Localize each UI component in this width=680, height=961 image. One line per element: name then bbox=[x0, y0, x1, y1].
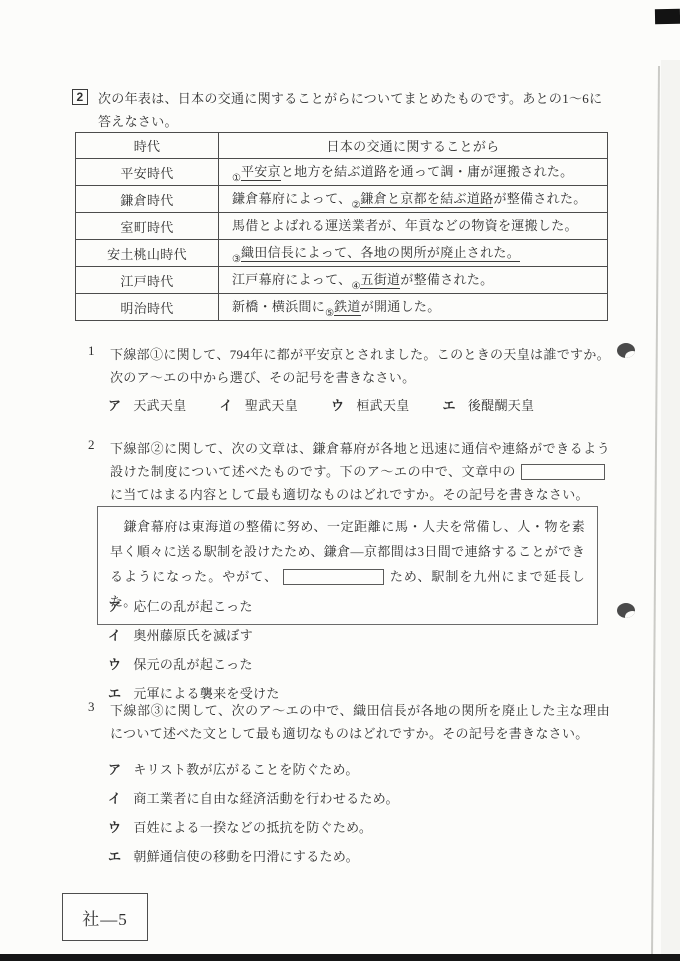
option-a: ア応仁の乱が起こった bbox=[108, 597, 280, 617]
row-text-pre: 馬借とよばれる運送業者が、年貢などの物資を運搬した。 bbox=[232, 218, 578, 233]
option-letter: ア bbox=[108, 398, 121, 413]
page-label-box: 社―5 bbox=[62, 893, 148, 941]
option-label: 奥州藤原氏を滅ぼす bbox=[133, 628, 253, 643]
row-text-post: が整備された。 bbox=[493, 191, 586, 206]
row-text-post: と地方を結ぶ道路を通って調・庸が運搬された。 bbox=[281, 164, 574, 179]
question-text: 下線部②に関して、次の文章は、鎌倉幕府が各地と迅速に通信や連絡ができるよう設けた… bbox=[110, 437, 610, 506]
option-letter: イ bbox=[220, 398, 233, 413]
option-label: 保元の乱が起こった bbox=[133, 657, 252, 672]
page-label: 社―5 bbox=[82, 905, 128, 930]
option-label: キリスト教が広がることを防ぐため。 bbox=[133, 762, 358, 777]
option-label: 桓武天皇 bbox=[356, 398, 409, 413]
option-label: 聖武天皇 bbox=[245, 398, 298, 413]
era-cell: 江戸時代 bbox=[76, 267, 219, 294]
era-table: 時代 日本の交通に関することがら 平安時代 ①平安京と地方を結ぶ道路を通って調・… bbox=[75, 132, 608, 321]
option-i: イ商工業者に自由な経済活動を行わせるため。 bbox=[108, 789, 399, 809]
passage-blank-box bbox=[283, 569, 384, 585]
exam-page: 2 次の年表は、日本の交通に関することがらについてまとめたものです。あとの1～6… bbox=[0, 0, 680, 961]
question-2: 2 下線部②に関して、次の文章は、鎌倉幕府が各地と迅速に通信や連絡ができるよう設… bbox=[88, 437, 620, 506]
option-u: ウ桓武天皇 bbox=[331, 395, 410, 414]
scan-hole-shadow bbox=[617, 343, 635, 358]
option-u: ウ百姓による一揆などの抵抗を防ぐため。 bbox=[108, 818, 399, 838]
option-a: アキリスト教が広がることを防ぐため。 bbox=[108, 760, 399, 780]
section-header: 2 次の年表は、日本の交通に関することがらについてまとめたものです。あとの1～6… bbox=[72, 87, 612, 133]
option-u: ウ保元の乱が起こった bbox=[108, 655, 280, 675]
question-number: 3 bbox=[88, 699, 110, 745]
option-letter: ウ bbox=[108, 657, 121, 672]
circled-number: ③ bbox=[232, 254, 241, 265]
option-label: 百姓による一揆などの抵抗を防ぐため。 bbox=[133, 820, 372, 835]
content-cell: ③織田信長によって、各地の関所が廃止された。 bbox=[219, 240, 608, 267]
option-letter: イ bbox=[108, 791, 121, 806]
row-text-pre: 江戸幕府によって、 bbox=[232, 272, 351, 287]
option-i: イ聖武天皇 bbox=[220, 395, 299, 414]
option-i: イ奥州藤原氏を滅ぼす bbox=[108, 626, 280, 646]
question-text-after-blank: に当てはまる内容として最も適切なものはどれですか。その記号を書きなさい。 bbox=[110, 487, 589, 502]
table-row: 明治時代 新橋・横浜間に⑤鉄道が開通した。 bbox=[76, 294, 608, 321]
question-1: 1 下線部①に関して、794年に都が平安京とされました。このときの天皇は誰ですか… bbox=[88, 343, 616, 389]
question-text: 下線部①に関して、794年に都が平安京とされました。このときの天皇は誰ですか。次… bbox=[110, 343, 610, 389]
era-cell: 明治時代 bbox=[76, 294, 219, 321]
underlined-text: 平安京 bbox=[241, 164, 281, 181]
table-row: 平安時代 ①平安京と地方を結ぶ道路を通って調・庸が運搬された。 bbox=[76, 159, 608, 186]
scan-edge-strip bbox=[661, 60, 680, 955]
table-row: 鎌倉時代 鎌倉幕府によって、②鎌倉と京都を結ぶ道路が整備された。 bbox=[76, 186, 608, 213]
era-cell: 安土桃山時代 bbox=[76, 240, 219, 267]
table-row: 安土桃山時代 ③織田信長によって、各地の関所が廃止された。 bbox=[76, 240, 608, 267]
question-text: 下線部③に関して、次のア～エの中で、織田信長が各地の関所を廃止した主な理由につい… bbox=[110, 699, 610, 745]
option-e: エ朝鮮通信使の移動を円滑にするため。 bbox=[108, 847, 399, 867]
option-letter: エ bbox=[108, 849, 121, 864]
table-row: 江戸時代 江戸幕府によって、④五街道が整備された。 bbox=[76, 267, 608, 294]
option-letter: ウ bbox=[108, 820, 121, 835]
option-letter: ウ bbox=[331, 398, 344, 413]
column-header-era: 時代 bbox=[76, 133, 219, 159]
q2-options: ア応仁の乱が起こった イ奥州藤原氏を滅ぼす ウ保元の乱が起こった エ元軍による襲… bbox=[108, 597, 280, 713]
row-text-pre: 鎌倉幕府によって、 bbox=[232, 191, 351, 206]
option-letter: エ bbox=[443, 398, 456, 413]
question-number: 1 bbox=[88, 343, 110, 389]
q1-options: ア天武天皇 イ聖武天皇 ウ桓武天皇 エ後醍醐天皇 bbox=[108, 395, 567, 414]
option-letter: ア bbox=[108, 762, 121, 777]
scan-hole-shadow bbox=[617, 603, 635, 618]
underlined-text: 鉄道 bbox=[334, 299, 361, 316]
option-letter: ア bbox=[108, 599, 121, 614]
content-cell: 馬借とよばれる運送業者が、年貢などの物資を運搬した。 bbox=[219, 213, 608, 240]
era-cell: 平安時代 bbox=[76, 159, 219, 186]
circled-number: ⑤ bbox=[325, 308, 334, 319]
row-text-post: が開通した。 bbox=[361, 299, 441, 314]
section-intro-text: 次の年表は、日本の交通に関することがらについてまとめたものです。あとの1～6に答… bbox=[98, 87, 610, 133]
content-cell: ①平安京と地方を結ぶ道路を通って調・庸が運搬された。 bbox=[219, 159, 608, 186]
table-header-row: 時代 日本の交通に関することがら bbox=[76, 133, 608, 159]
content-cell: 江戸幕府によって、④五街道が整備された。 bbox=[219, 267, 608, 294]
scan-bottom-bar bbox=[0, 954, 680, 961]
row-text-pre: 新橋・横浜間に bbox=[232, 299, 325, 314]
section-number-box: 2 bbox=[72, 89, 88, 105]
column-header-content: 日本の交通に関することがら bbox=[219, 133, 608, 159]
option-label: 後醍醐天皇 bbox=[468, 398, 535, 413]
era-cell: 室町時代 bbox=[76, 213, 219, 240]
circled-number: ① bbox=[232, 173, 241, 184]
option-letter: イ bbox=[108, 628, 121, 643]
table-row: 室町時代 馬借とよばれる運送業者が、年貢などの物資を運搬した。 bbox=[76, 213, 608, 240]
content-cell: 新橋・横浜間に⑤鉄道が開通した。 bbox=[219, 294, 608, 321]
scan-page-edge-line bbox=[651, 66, 660, 956]
content-cell: 鎌倉幕府によって、②鎌倉と京都を結ぶ道路が整備された。 bbox=[219, 186, 608, 213]
option-a: ア天武天皇 bbox=[108, 395, 187, 414]
question-number: 2 bbox=[88, 437, 110, 506]
underlined-text: 鎌倉と京都を結ぶ道路 bbox=[360, 191, 493, 208]
underlined-text: 五街道 bbox=[360, 272, 400, 289]
scan-corner-bar bbox=[655, 9, 680, 24]
answer-blank-box bbox=[521, 464, 605, 480]
option-label: 天武天皇 bbox=[133, 398, 186, 413]
underlined-text: 織田信長によって、各地の関所が廃止された。 bbox=[241, 245, 520, 262]
row-text-post: が整備された。 bbox=[400, 272, 493, 287]
q3-options: アキリスト教が広がることを防ぐため。 イ商工業者に自由な経済活動を行わせるため。… bbox=[108, 760, 399, 876]
option-e: エ後醍醐天皇 bbox=[443, 395, 535, 414]
question-3: 3 下線部③に関して、次のア～エの中で、織田信長が各地の関所を廃止した主な理由に… bbox=[88, 699, 620, 745]
option-label: 商工業者に自由な経済活動を行わせるため。 bbox=[133, 791, 398, 806]
era-cell: 鎌倉時代 bbox=[76, 186, 219, 213]
option-label: 朝鮮通信使の移動を円滑にするため。 bbox=[133, 849, 359, 864]
option-label: 応仁の乱が起こった bbox=[133, 599, 252, 614]
